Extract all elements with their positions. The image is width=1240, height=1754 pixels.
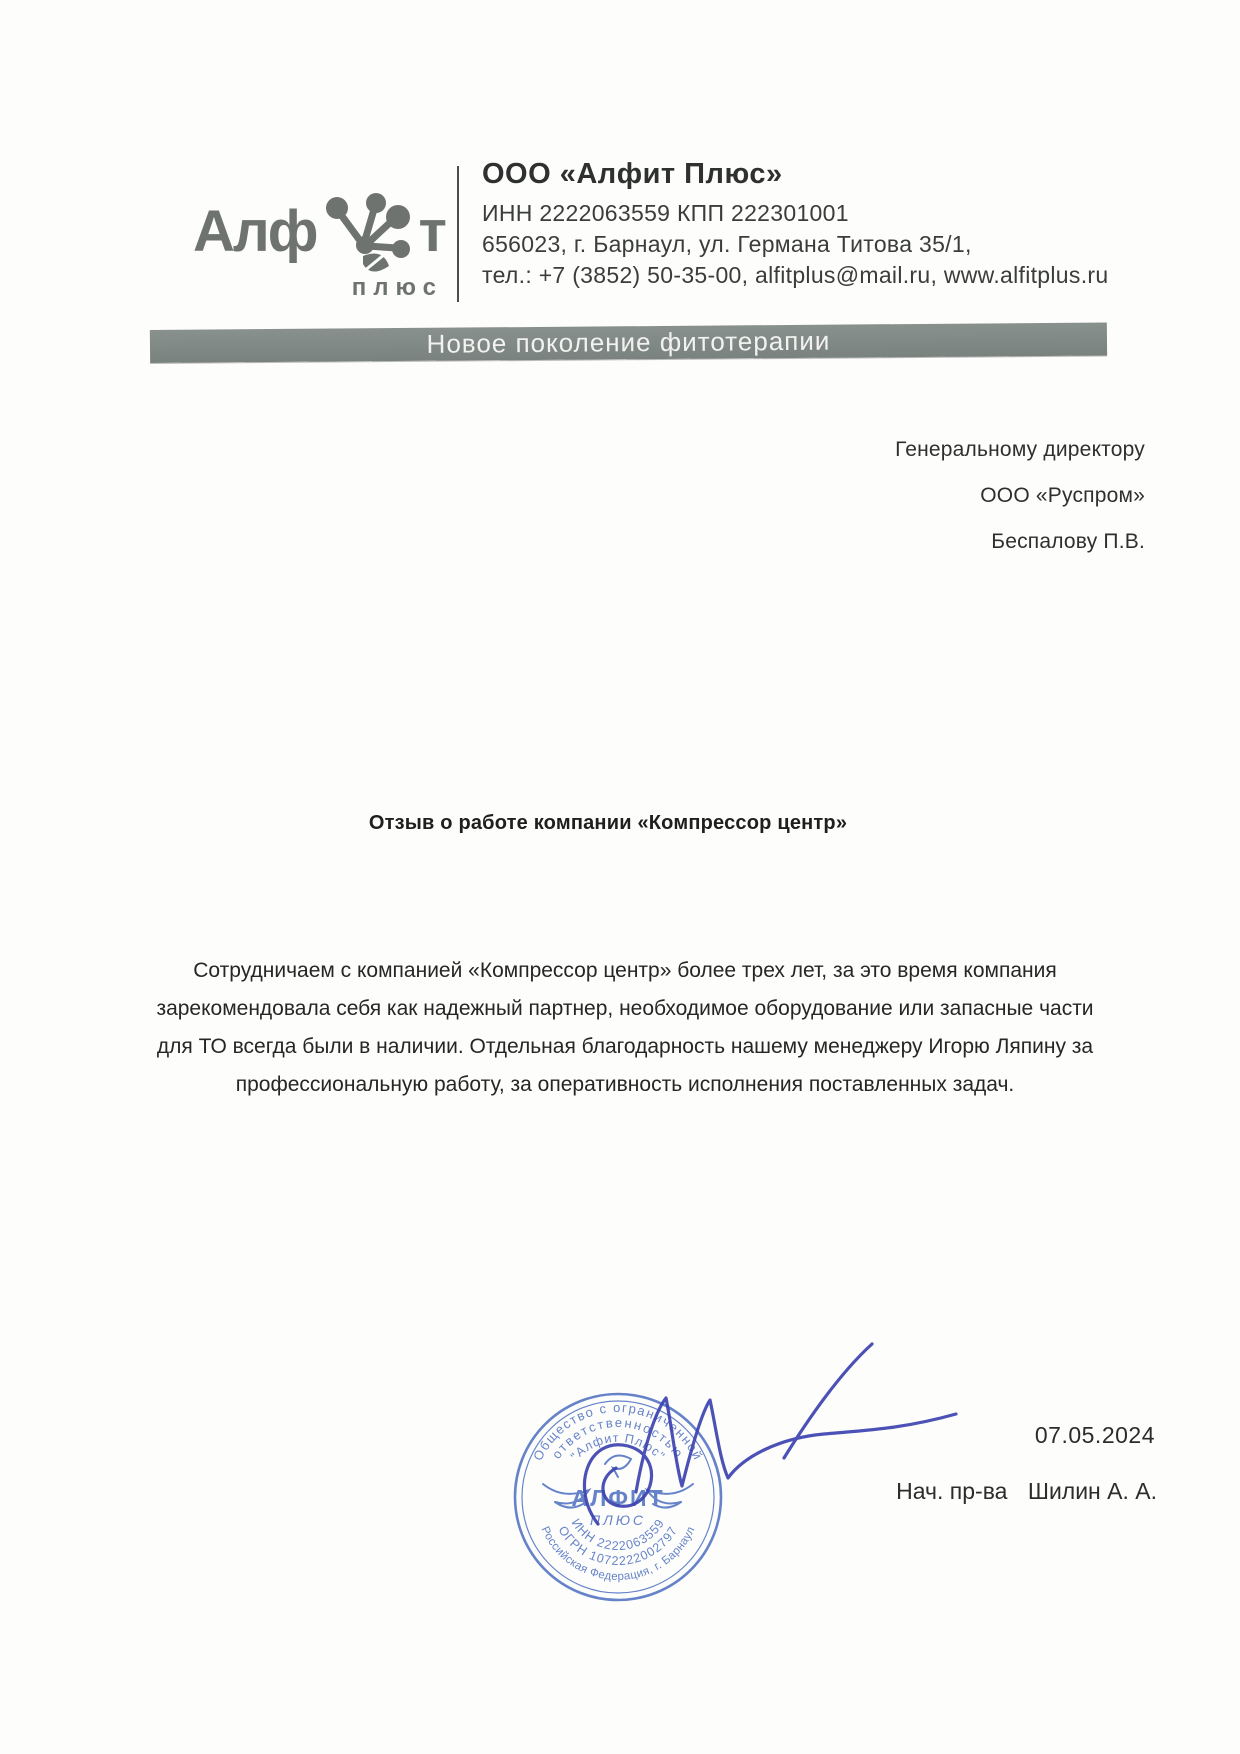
recipient-company: ООО «Руспром» xyxy=(895,484,1145,508)
company-logo: Алф т плюс xyxy=(193,192,455,302)
letterhead-divider xyxy=(457,166,459,302)
signer-position: Нач. пр-ва xyxy=(896,1478,1007,1504)
recipient-position: Генеральному директору xyxy=(895,438,1145,462)
molecule-icon xyxy=(319,192,415,280)
company-inn-kpp: ИНН 2222063559 КПП 222301001 xyxy=(482,198,1142,229)
body-line: для ТО всегда были в наличии. Отдельная … xyxy=(152,1028,1098,1066)
logo-wordmark: Алф т xyxy=(193,192,455,272)
body-line: профессиональную работу, за оперативност… xyxy=(152,1066,1098,1104)
logo-text-tail: т xyxy=(418,203,444,261)
signature-ink xyxy=(540,1328,980,1558)
body-line: Сотрудничаем с компанией «Компрессор цен… xyxy=(152,952,1098,990)
recipient-name: Беспалову П.В. xyxy=(895,530,1145,554)
recipient-block: Генеральному директору ООО «Руспром» Бес… xyxy=(895,438,1145,576)
signer-line: Нач. пр-ва Шилин А. А. xyxy=(896,1478,1157,1505)
company-name: ООО «Алфит Плюс» xyxy=(482,158,1142,191)
company-address: 656023, г. Барнаул, ул. Германа Титова 3… xyxy=(482,229,1142,260)
signer-name: Шилин А. А. xyxy=(1028,1478,1157,1504)
tagline-banner: Новое поколение фитотерапии xyxy=(150,322,1107,363)
company-info: ООО «Алфит Плюс» ИНН 2222063559 КПП 2223… xyxy=(482,158,1142,291)
company-contacts: тел.: +7 (3852) 50-35-00, alfitplus@mail… xyxy=(482,260,1142,291)
document-title: Отзыв о работе компании «Компрессор цент… xyxy=(0,812,1216,835)
logo-text-main: Алф xyxy=(193,203,316,261)
letter-page: Алф т плюс xyxy=(0,0,1240,1754)
tagline-text: Новое поколение фитотерапии xyxy=(426,326,830,360)
document-body: Сотрудничаем с компанией «Компрессор цен… xyxy=(152,952,1098,1104)
document-date: 07.05.2024 xyxy=(1035,1422,1155,1449)
body-line: зарекомендовала себя как надежный партне… xyxy=(152,990,1098,1028)
